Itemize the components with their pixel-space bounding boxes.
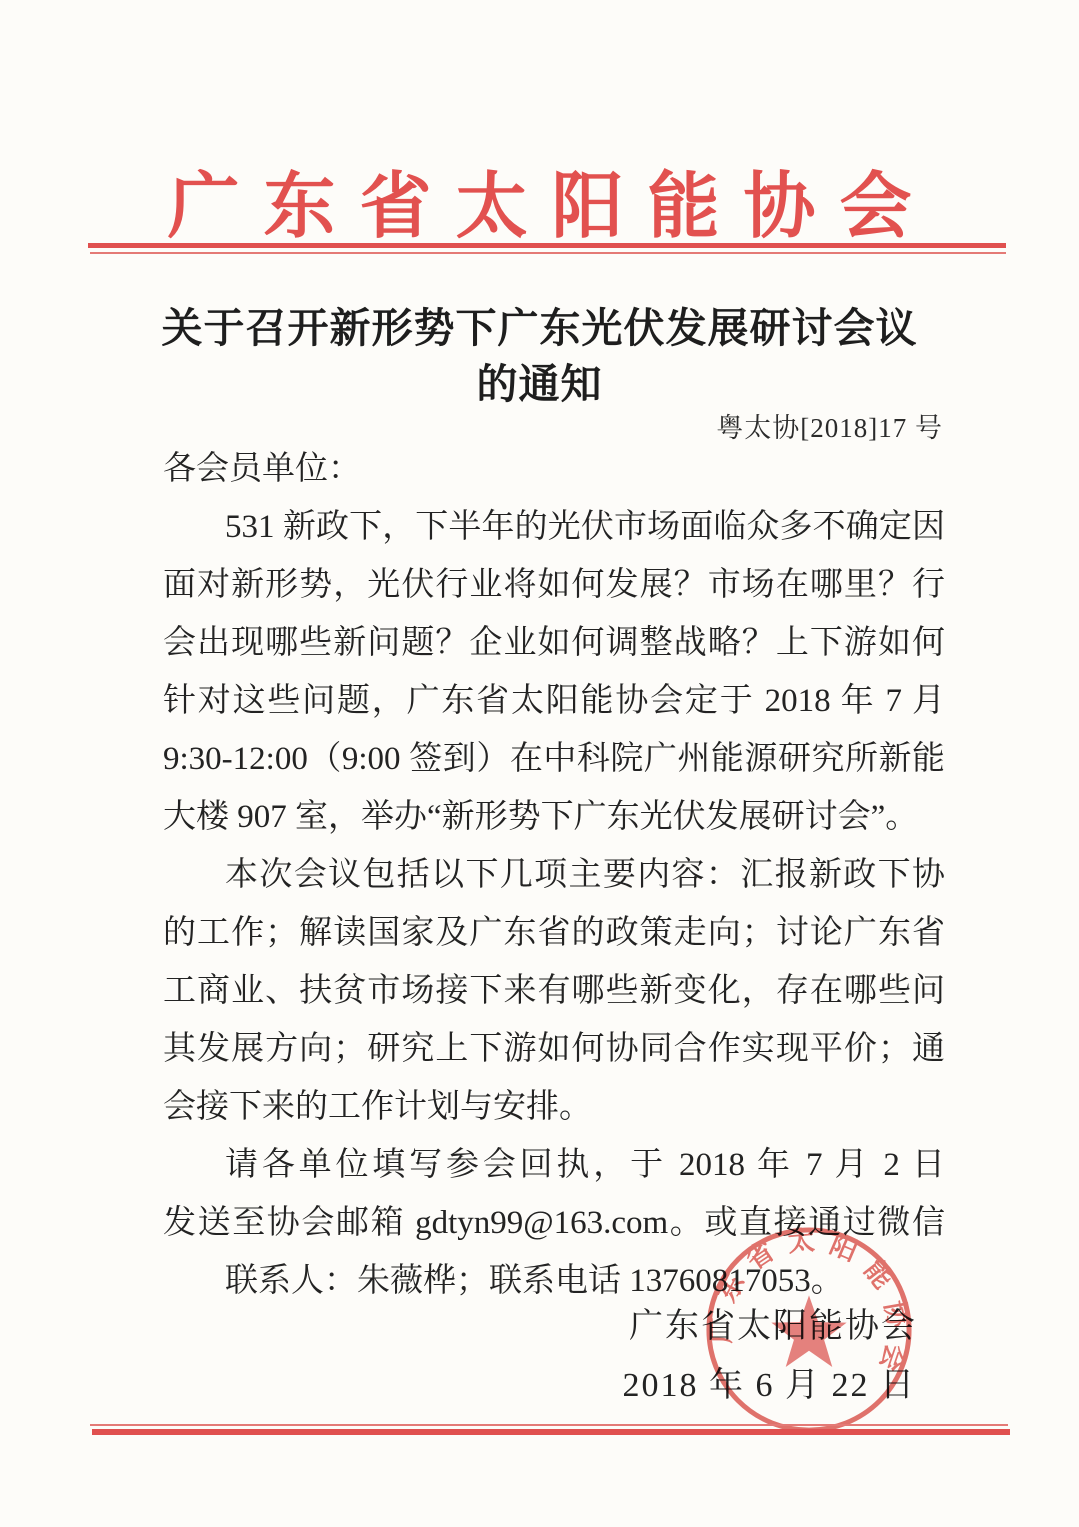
- paragraph2-line: 工商业、扶贫市场接下来有哪些新变化，存在哪些问题及: [163, 962, 945, 1020]
- paragraph3-line: 发送至协会邮箱 gdtyn99@163.com。或直接通过微信报名。: [163, 1194, 945, 1252]
- header-rule-thin: [90, 252, 1006, 254]
- notice-title-line2: 的通知: [0, 356, 1079, 412]
- paragraph2-line: 其发展方向；研究上下游如何协同合作实现平价；通报协: [163, 1020, 945, 1078]
- paragraph2-line: 的工作；解读国家及广东省的政策走向；讨论广东省户用、: [163, 904, 945, 962]
- paragraph1-line: 9:30-12:00（9:00 签到）在中科院广州能源研究所新能源: [163, 730, 945, 788]
- notice-title-line1: 关于召开新形势下广东光伏发展研讨会议: [0, 300, 1079, 356]
- letterhead-org-name: 广东省太阳能协会: [0, 148, 1079, 252]
- paragraph1-line: 大楼 907 室，举办“新形势下广东光伏发展研讨会”。: [163, 788, 945, 846]
- signature-org: 广东省太阳能协会: [629, 1298, 917, 1347]
- paragraph1-line: 针对这些问题，广东省太阳能协会定于 2018 年 7 月 11 日: [163, 672, 945, 730]
- paragraph2-line: 本次会议包括以下几项主要内容：汇报新政下协会做: [163, 846, 945, 904]
- paragraph3-line: 请各单位填写参会回执，于 2018 年 7 月 2 日 14:00 前: [163, 1136, 945, 1194]
- paragraph2-line: 会接下来的工作计划与安排。: [163, 1078, 945, 1136]
- paragraph1-line: 531 新政下，下半年的光伏市场面临众多不确定因素，: [163, 498, 945, 556]
- scanned-notice-page: 广东省太阳能协会 关于召开新形势下广东光伏发展研讨会议 的通知 粤太协[2018…: [0, 0, 1079, 1527]
- paragraph1-line: 面对新形势，光伏行业将如何发展？市场在哪里？行业又: [163, 556, 945, 614]
- signature-date: 2018 年 6 月 22 日: [623, 1357, 917, 1406]
- paragraph1-line: 会出现哪些新问题？企业如何调整战略？上下游如何协同？: [163, 614, 945, 672]
- header-rule-thick: [88, 243, 1006, 248]
- notice-body: 各会员单位： 531 新政下，下半年的光伏市场面临众多不确定因素， 面对新形势，…: [163, 440, 945, 1310]
- footer-rule-thick: [92, 1429, 1010, 1435]
- footer-rule-thin: [90, 1424, 1008, 1426]
- salutation-line: 各会员单位：: [163, 440, 945, 498]
- notice-title: 关于召开新形势下广东光伏发展研讨会议 的通知: [0, 300, 1079, 412]
